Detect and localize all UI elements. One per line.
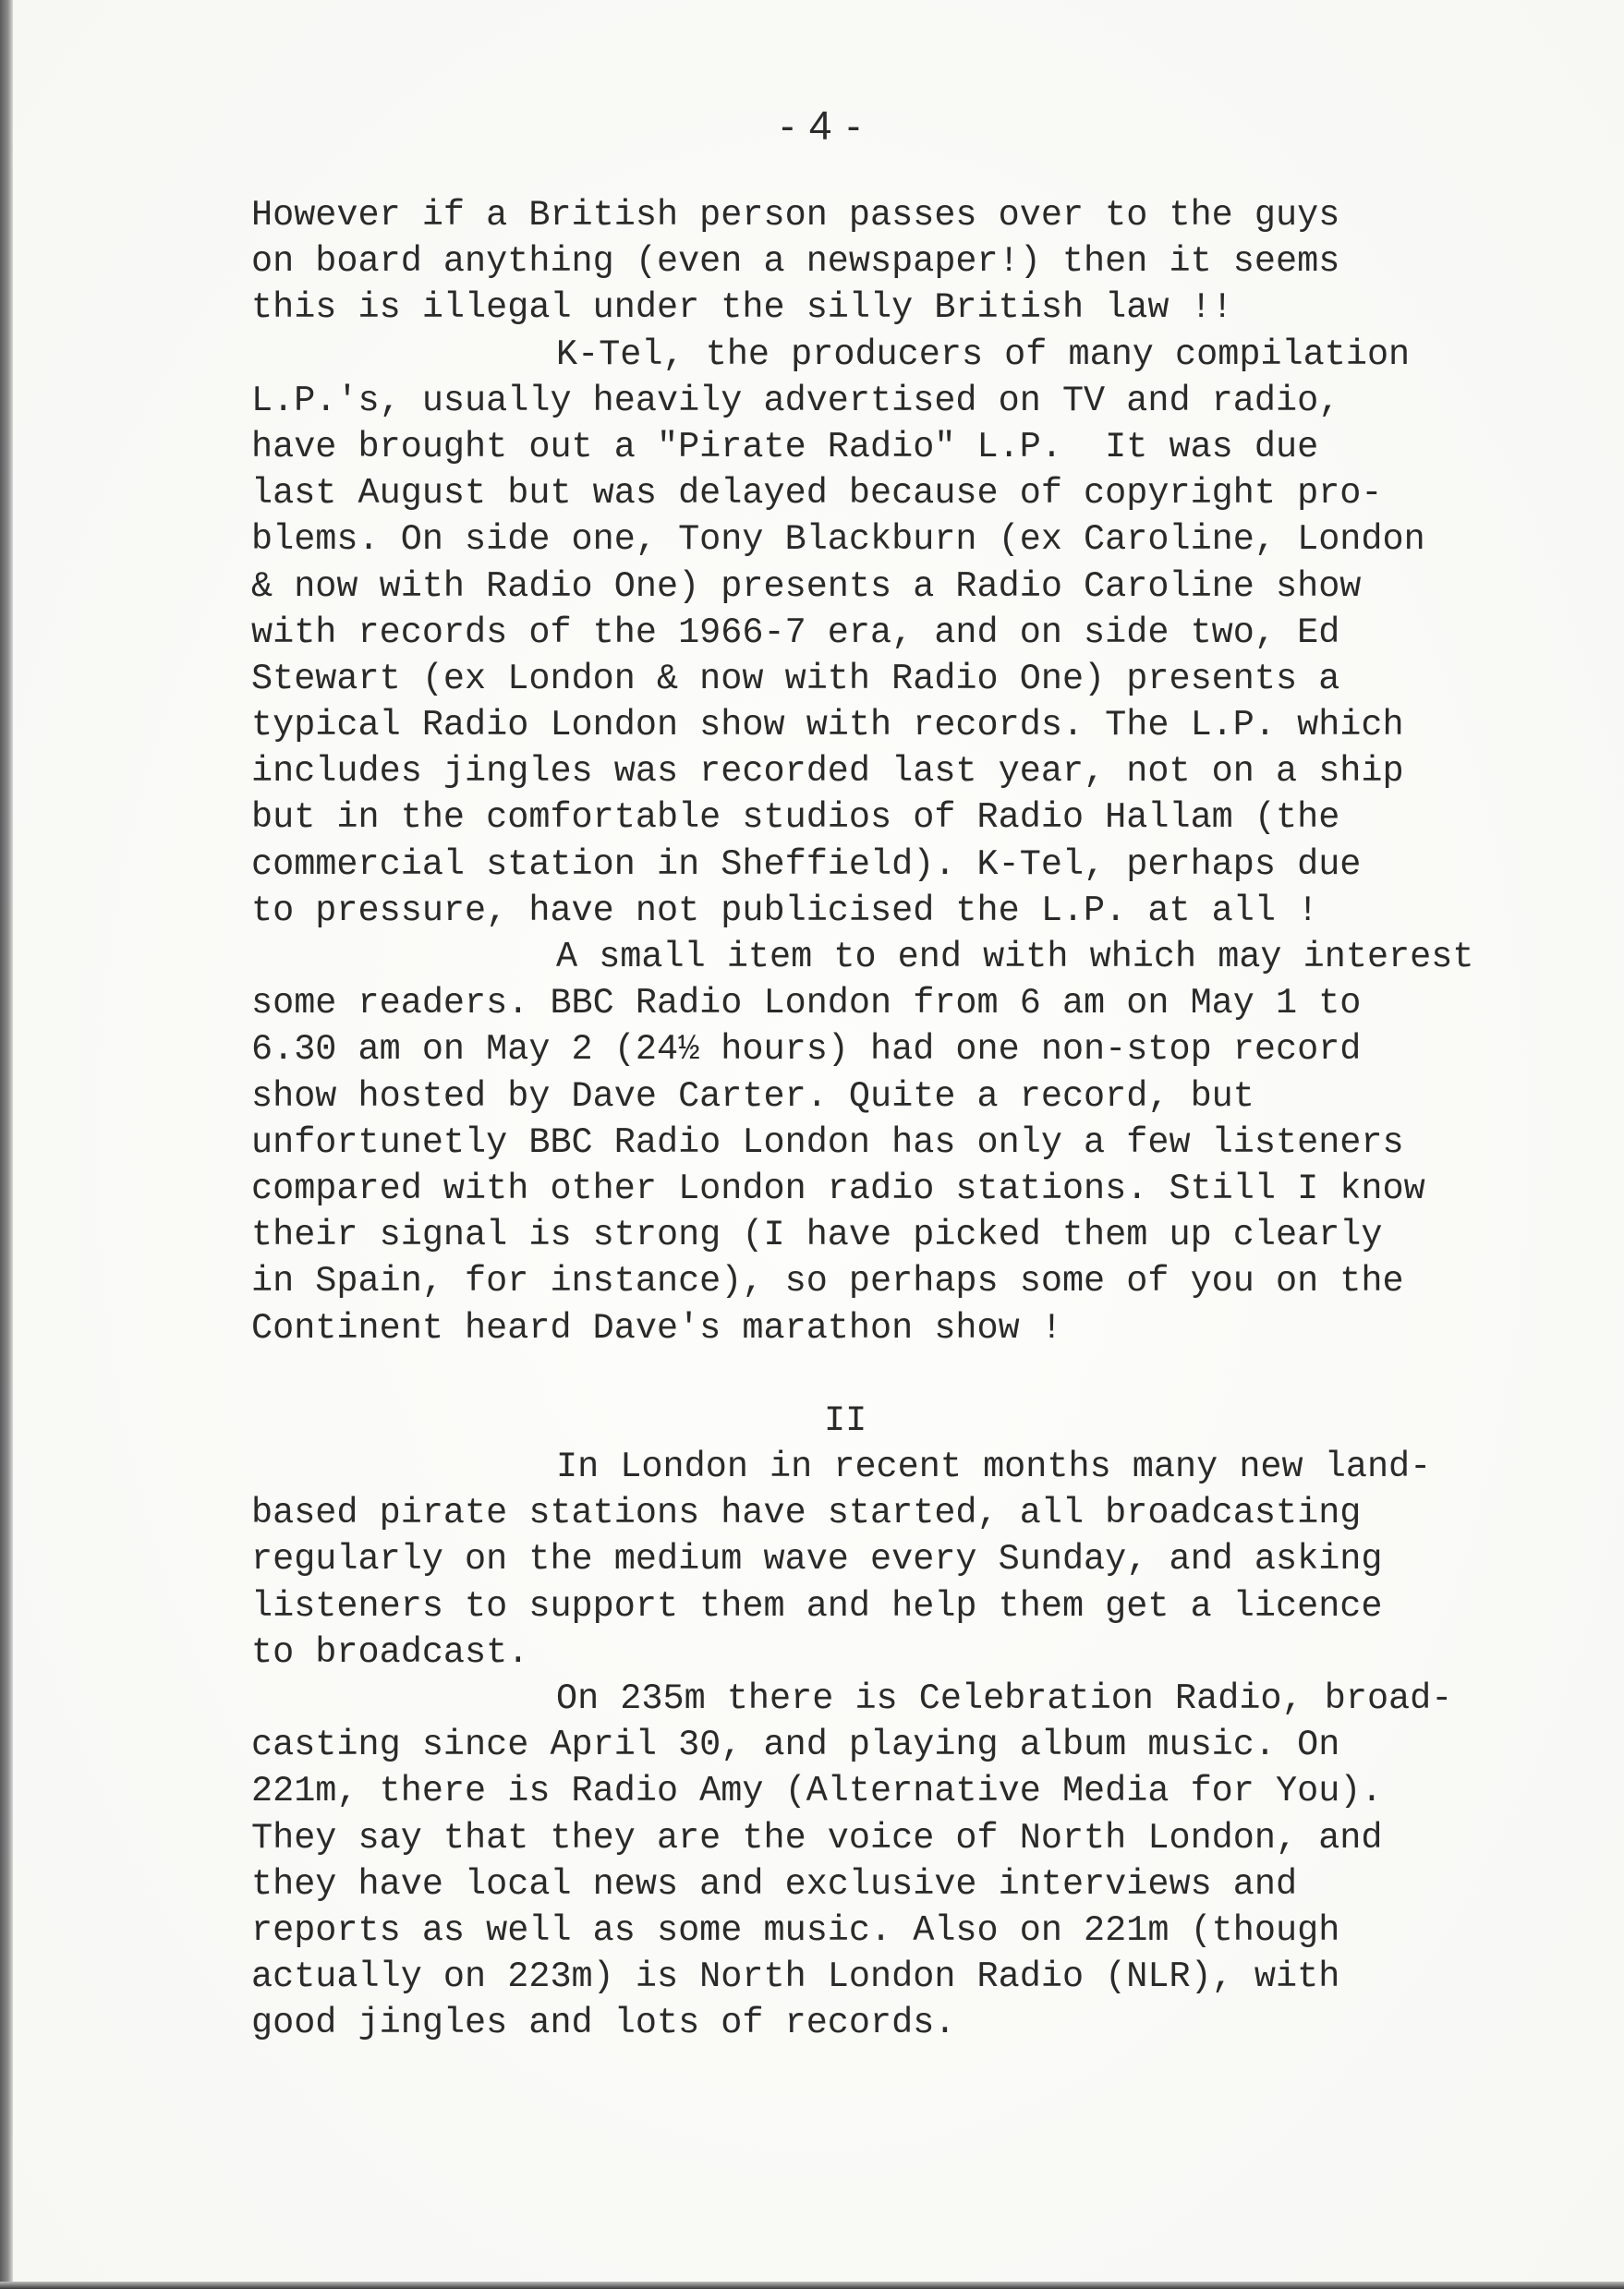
text-line: Continent heard Dave's marathon show ! [251, 1305, 1624, 1351]
text-line: last August but was delayed because of c… [251, 470, 1624, 516]
text-line: with records of the 1966-7 era, and on s… [251, 610, 1624, 656]
text-line: but in the comfortable studios of Radio … [251, 794, 1624, 841]
text-line: actually on 223m) is North London Radio … [251, 1954, 1624, 2000]
text-line: their signal is strong (I have picked th… [251, 1212, 1624, 1258]
text-line: 221m, there is Radio Amy (Alternative Me… [251, 1768, 1624, 1814]
text-line: on board anything (even a newspaper!) th… [251, 238, 1624, 285]
typewritten-body: However if a British person passes over … [251, 192, 1624, 2047]
document-page: - 4 - However if a British person passes… [0, 0, 1624, 2289]
paragraph: K-Tel, the producers of many compilation… [251, 332, 1624, 934]
text-line: includes jingles was recorded last year,… [251, 748, 1624, 794]
text-line: 6.30 am on May 2 (24½ hours) had one non… [251, 1026, 1624, 1072]
paragraph: However if a British person passes over … [251, 192, 1624, 332]
text-line: & now with Radio One) presents a Radio C… [251, 563, 1624, 610]
text-line: this is illegal under the silly British … [251, 285, 1624, 331]
text-line: listeners to support them and help them … [251, 1583, 1624, 1629]
text-line: good jingles and lots of records. [251, 2000, 1624, 2046]
part-one: However if a British person passes over … [251, 192, 1624, 1351]
text-line: in Spain, for instance), so perhaps some… [251, 1258, 1624, 1304]
text-line: reports as well as some music. Also on 2… [251, 1907, 1624, 1954]
paragraph: In London in recent months many new land… [251, 1444, 1624, 1676]
text-line: compared with other London radio station… [251, 1166, 1624, 1212]
text-line: based pirate stations have started, all … [251, 1490, 1624, 1536]
text-line: L.P.'s, usually heavily advertised on TV… [251, 378, 1624, 424]
text-line: In London in recent months many new land… [251, 1444, 1624, 1490]
text-line: to broadcast. [251, 1629, 1624, 1676]
part-two: In London in recent months many new land… [251, 1444, 1624, 2046]
text-line: they have local news and exclusive inter… [251, 1861, 1624, 1907]
text-line: some readers. BBC Radio London from 6 am… [251, 980, 1624, 1026]
text-line: However if a British person passes over … [251, 192, 1624, 238]
text-line: commercial station in Sheffield). K-Tel,… [251, 842, 1624, 888]
text-line: typical Radio London show with records. … [251, 702, 1624, 748]
text-line: show hosted by Dave Carter. Quite a reco… [251, 1073, 1624, 1120]
page-number: - 4 - [781, 103, 862, 150]
text-line: Stewart (ex London & now with Radio One)… [251, 656, 1624, 702]
paragraph: A small item to end with which may inter… [251, 934, 1624, 1351]
text-line: On 235m there is Celebration Radio, broa… [251, 1676, 1624, 1722]
text-line: casting since April 30, and playing albu… [251, 1722, 1624, 1768]
text-line: have brought out a "Pirate Radio" L.P. I… [251, 424, 1624, 470]
page-binding-edge [0, 0, 13, 2289]
text-line: They say that they are the voice of Nort… [251, 1815, 1624, 1861]
page-bottom-edge [0, 2282, 1624, 2289]
text-line: blems. On side one, Tony Blackburn (ex C… [251, 516, 1624, 563]
text-line: regularly on the medium wave every Sunda… [251, 1536, 1624, 1582]
section-heading: II [251, 1398, 1624, 1444]
text-line: unfortunetly BBC Radio London has only a… [251, 1120, 1624, 1166]
paragraph: On 235m there is Celebration Radio, broa… [251, 1676, 1624, 2047]
text-line: K-Tel, the producers of many compilation [251, 332, 1624, 378]
text-line: A small item to end with which may inter… [251, 934, 1624, 980]
text-line: to pressure, have not publicised the L.P… [251, 888, 1624, 934]
